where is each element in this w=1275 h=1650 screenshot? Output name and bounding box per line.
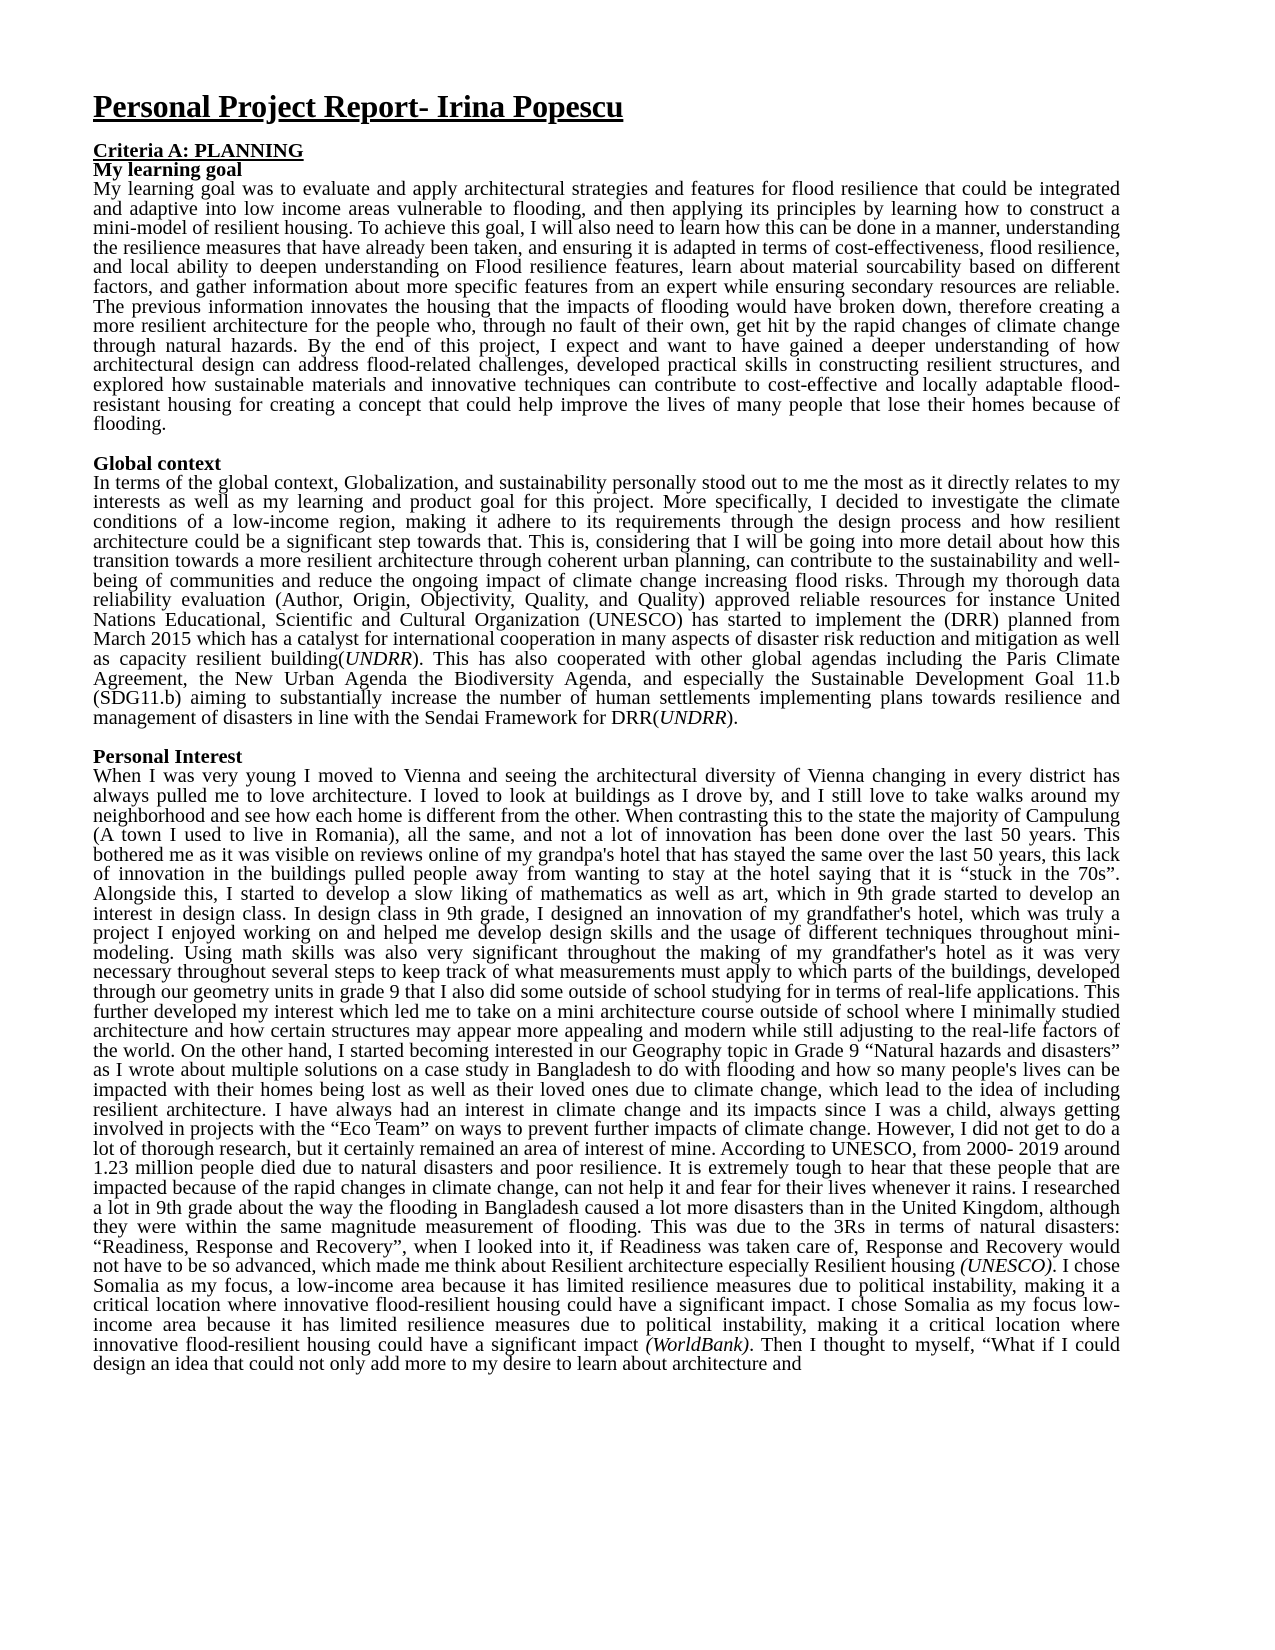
document-title: Personal Project Report- Irina Popescu — [93, 88, 1120, 124]
section-paragraph: When I was very young I moved to Vienna … — [93, 767, 1120, 1374]
text-run: In terms of the global context, Globaliz… — [93, 472, 1120, 670]
section-global-context: Global context In terms of the global co… — [93, 455, 1120, 729]
section-personal-interest: Personal Interest When I was very young … — [93, 748, 1120, 1374]
spacer — [93, 435, 1120, 455]
section-learning-goal: My learning goal My learning goal was to… — [93, 161, 1120, 435]
citation: UNDRR — [659, 707, 726, 729]
text-run: When I was very young I moved to Vienna … — [93, 765, 1120, 1277]
section-paragraph: My learning goal was to evaluate and app… — [93, 180, 1120, 435]
criteria-heading: Criteria A: PLANNING — [93, 142, 1120, 161]
text-run: ). — [727, 707, 739, 729]
section-paragraph: In terms of the global context, Globaliz… — [93, 474, 1120, 729]
spacer — [93, 728, 1120, 748]
text-run: My learning goal was to evaluate and app… — [93, 178, 1120, 435]
document-page: Personal Project Report- Irina Popescu C… — [93, 88, 1120, 1375]
